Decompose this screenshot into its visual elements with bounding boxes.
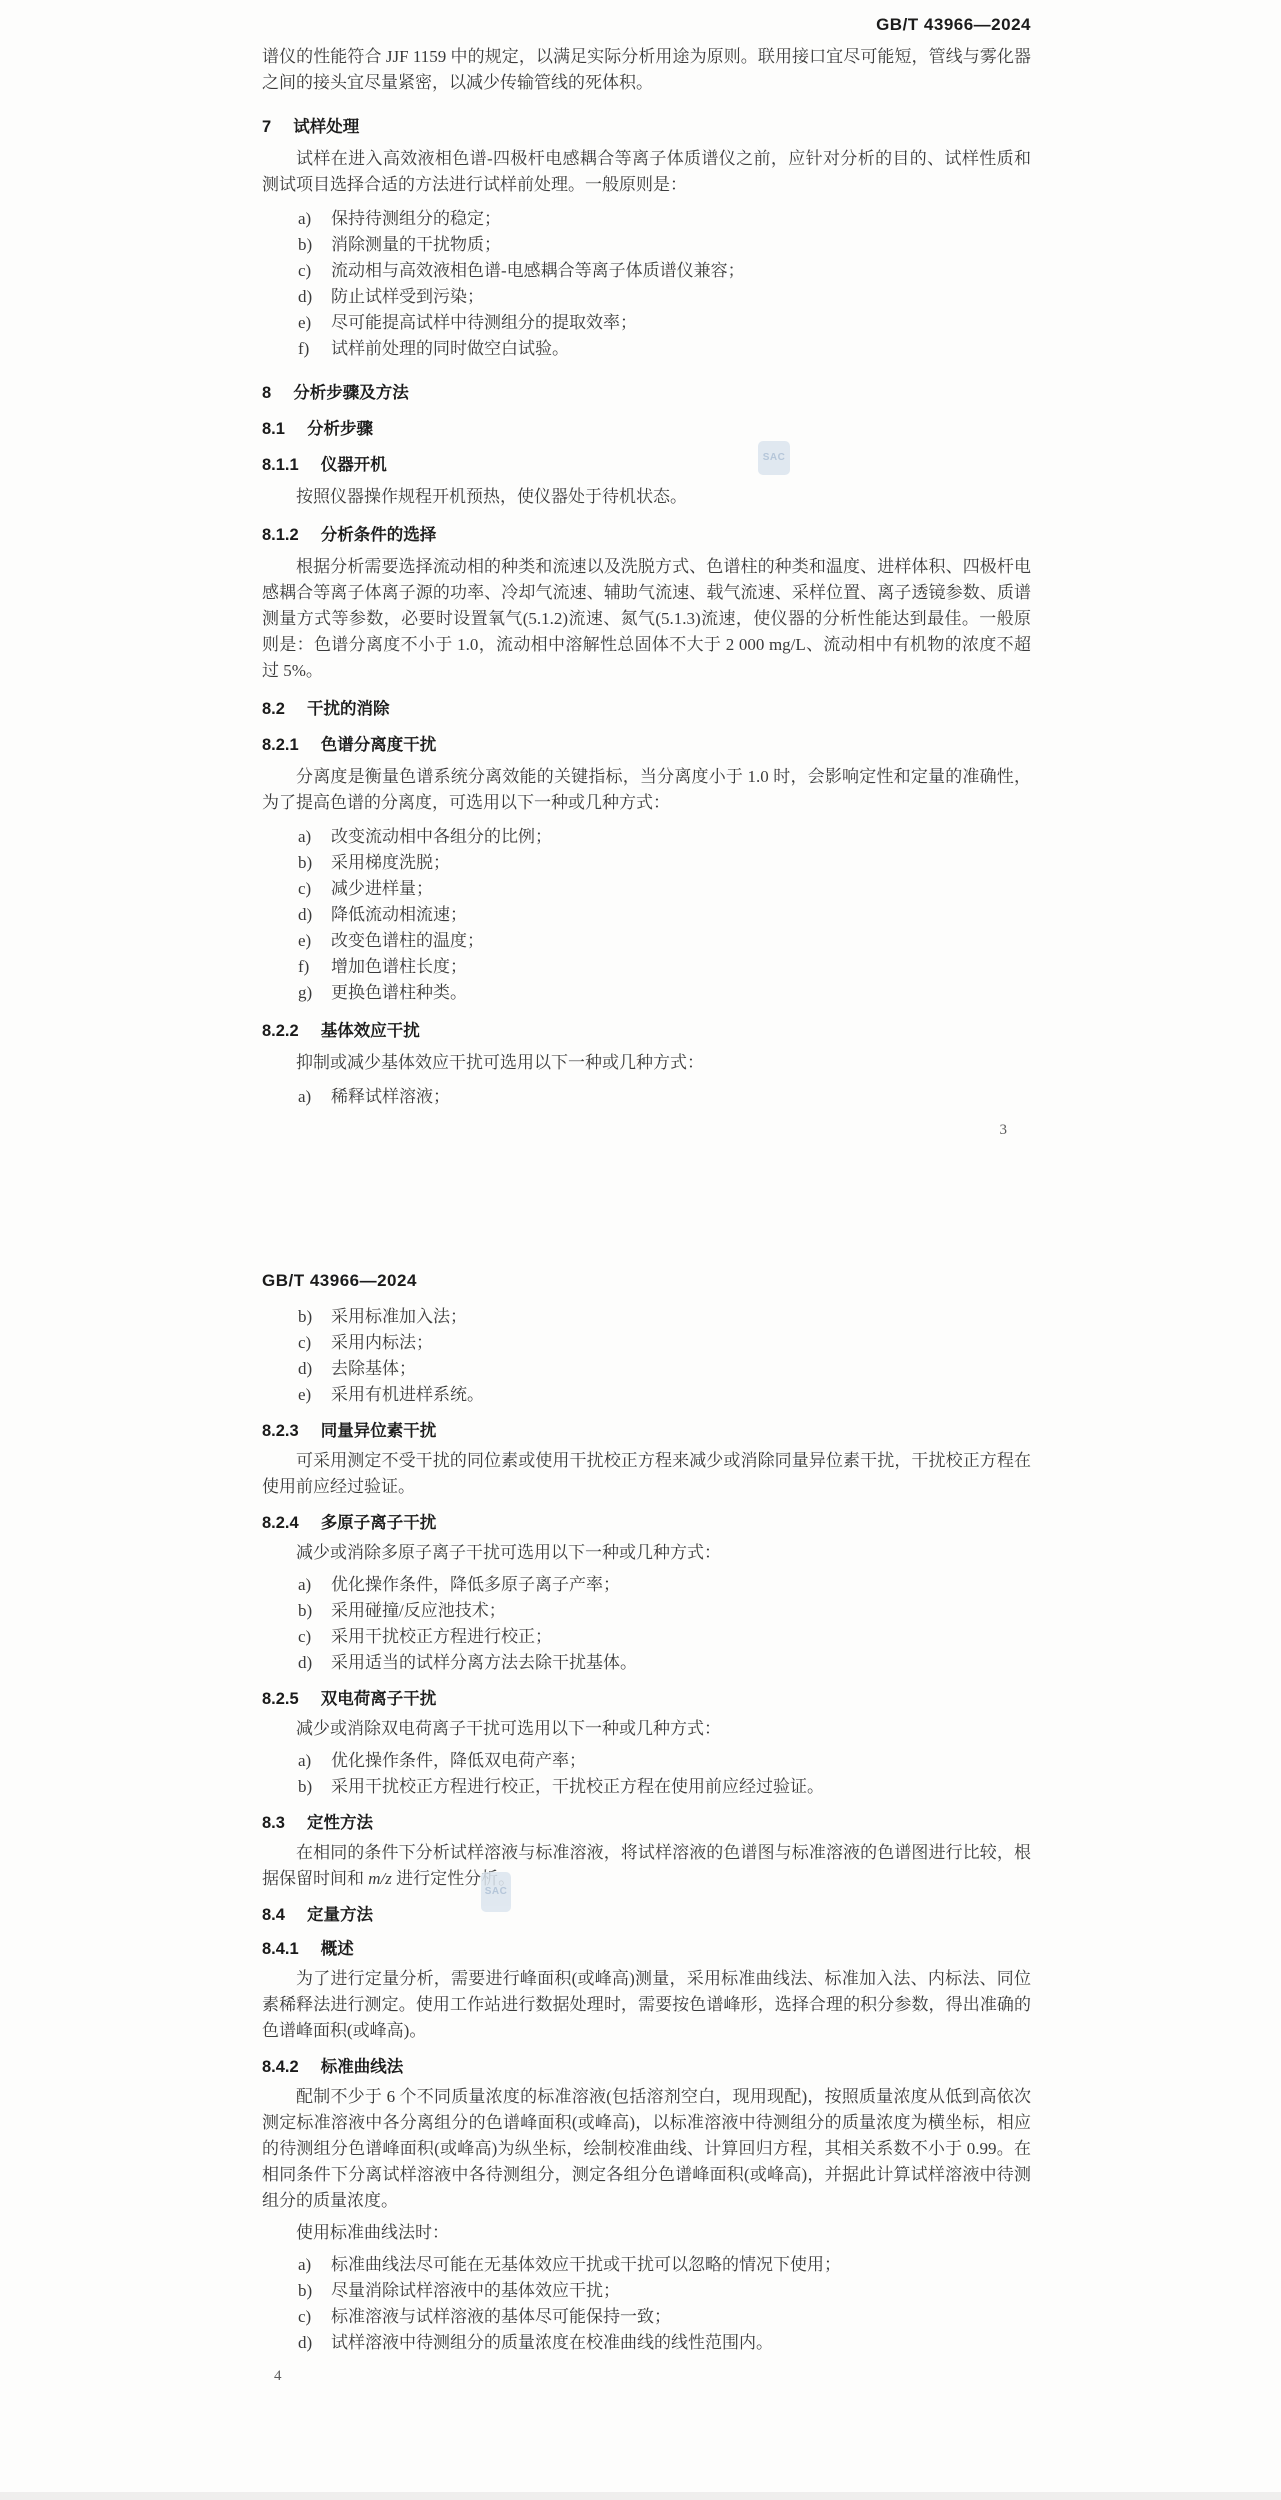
list-item-text: 采用干扰校正方程进行校正，干扰校正方程在使用前应经过验证。 — [331, 1774, 1031, 1800]
list-8-2-1: a)改变流动相中各组分的比例； b)采用梯度洗脱； c)减少进样量； d)降低流… — [262, 824, 1031, 1006]
list-8-2-2-continued: b)采用标准加入法； c)采用内标法； d)去除基体； e)采用有机进样系统。 — [262, 1304, 1031, 1408]
page-gap — [0, 1140, 1281, 1270]
list-item-text: 改变色谱柱的温度； — [331, 928, 1031, 954]
heading-8-4: 8.4定量方法 — [262, 1904, 1031, 1926]
list-8-2-5: a)优化操作条件，降低双电荷产率； b)采用干扰校正方程进行校正，干扰校正方程在… — [262, 1748, 1031, 1800]
list-item: d)试样溶液中待测组分的质量浓度在校准曲线的线性范围内。 — [262, 2330, 1031, 2356]
list-item-text: 去除基体； — [331, 1356, 1031, 1382]
heading-number: 7 — [262, 118, 271, 136]
heading-8-4-2: 8.4.2标准曲线法 — [262, 2056, 1031, 2078]
heading-8-4-1: 8.4.1概述 — [262, 1938, 1031, 1960]
list-item: f)增加色谱柱长度； — [262, 954, 1031, 980]
list-item-letter: a) — [298, 824, 331, 850]
heading-title: 同量异位素干扰 — [321, 1422, 437, 1440]
list-item-letter: d) — [298, 1650, 331, 1676]
list-item-text: 采用内标法； — [331, 1330, 1031, 1356]
list-item-text: 采用碰撞/反应池技术； — [331, 1598, 1031, 1624]
heading-number: 8.1 — [262, 420, 285, 438]
heading-8-2-4: 8.2.4多原子离子干扰 — [262, 1512, 1031, 1534]
list-item: b)采用梯度洗脱； — [262, 850, 1031, 876]
list-item-letter: c) — [298, 876, 331, 902]
list-item-text: 采用干扰校正方程进行校正； — [331, 1624, 1031, 1650]
list-item: b)尽量消除试样溶液中的基体效应干扰； — [262, 2278, 1031, 2304]
scanned-standard-document: GB/T 43966—2024 谱仪的性能符合 JJF 1159 中的规定，以满… — [0, 0, 1281, 2500]
list-item-text: 增加色谱柱长度； — [331, 954, 1031, 980]
paragraph-continuation: 谱仪的性能符合 JJF 1159 中的规定，以满足实际分析用途为原则。联用接口宜… — [262, 44, 1031, 96]
paragraph: 分离度是衡量色谱系统分离效能的关键指标，当分离度小于 1.0 时，会影响定性和定… — [262, 764, 1031, 816]
list-item: d)去除基体； — [262, 1356, 1031, 1382]
list-item-letter: a) — [298, 1572, 331, 1598]
list-item-letter: c) — [298, 2304, 331, 2330]
list-item: c)流动相与高效液相色谱-电感耦合等离子体质谱仪兼容； — [262, 258, 1031, 284]
list-item-text: 采用适当的试样分离方法去除干扰基体。 — [331, 1650, 1031, 1676]
page-header-standard-code: GB/T 43966—2024 — [262, 14, 1031, 36]
list-item-text: 减少进样量； — [331, 876, 1031, 902]
heading-number: 8.2.1 — [262, 736, 299, 754]
list-item: g)更换色谱柱种类。 — [262, 980, 1031, 1006]
list-item-letter: c) — [298, 1330, 331, 1356]
list-8-2-4: a)优化操作条件，降低多原子离子产率； b)采用碰撞/反应池技术； c)采用干扰… — [262, 1572, 1031, 1676]
list-item-text: 尽可能提高试样中待测组分的提取效率； — [331, 310, 1031, 336]
paragraph: 抑制或减少基体效应干扰可选用以下一种或几种方式： — [262, 1050, 1031, 1076]
list-item-text: 试样溶液中待测组分的质量浓度在校准曲线的线性范围内。 — [331, 2330, 1031, 2356]
heading-number: 8.1.1 — [262, 456, 299, 474]
list-item: d)采用适当的试样分离方法去除干扰基体。 — [262, 1650, 1031, 1676]
list-item-text: 优化操作条件，降低多原子离子产率； — [331, 1572, 1031, 1598]
list-item-letter: d) — [298, 1356, 331, 1382]
list-item-text: 优化操作条件，降低双电荷产率； — [331, 1748, 1031, 1774]
heading-number: 8.2.5 — [262, 1690, 299, 1708]
page-header-standard-code: GB/T 43966—2024 — [262, 1270, 1031, 1292]
list-item-letter: b) — [298, 2278, 331, 2304]
page-3: GB/T 43966—2024 谱仪的性能符合 JJF 1159 中的规定，以满… — [0, 0, 1281, 1140]
list-item-letter: a) — [298, 1084, 331, 1110]
list-item: b)采用标准加入法； — [262, 1304, 1031, 1330]
heading-title: 多原子离子干扰 — [321, 1514, 437, 1532]
list-item: a)标准曲线法尽可能在无基体效应干扰或干扰可以忽略的情况下使用； — [262, 2252, 1031, 2278]
list-item-letter: c) — [298, 1624, 331, 1650]
list-item: a)保持待测组分的稳定； — [262, 206, 1031, 232]
mz-term: m/z — [368, 1869, 392, 1888]
heading-number: 8.2.4 — [262, 1514, 299, 1532]
list-item: d)降低流动相流速； — [262, 902, 1031, 928]
heading-number: 8.4.1 — [262, 1940, 299, 1958]
heading-title: 分析条件的选择 — [321, 526, 437, 544]
heading-title: 概述 — [321, 1940, 354, 1958]
heading-8-2-2: 8.2.2基体效应干扰 — [262, 1020, 1031, 1042]
paragraph: 按照仪器操作规程开机预热，使仪器处于待机状态。 — [262, 484, 1031, 510]
list-item-text: 稀释试样溶液； — [331, 1084, 1031, 1110]
heading-number: 8.2.2 — [262, 1022, 299, 1040]
heading-8-3: 8.3定性方法 — [262, 1812, 1031, 1834]
heading-number: 8.1.2 — [262, 526, 299, 544]
list-item-letter: a) — [298, 206, 331, 232]
list-item: e)采用有机进样系统。 — [262, 1382, 1031, 1408]
heading-title: 基体效应干扰 — [321, 1022, 420, 1040]
list-item-text: 改变流动相中各组分的比例； — [331, 824, 1031, 850]
heading-7: 7试样处理 — [262, 116, 1031, 138]
list-item-letter: c) — [298, 258, 331, 284]
list-item: e)改变色谱柱的温度； — [262, 928, 1031, 954]
list-item-letter: b) — [298, 1304, 331, 1330]
list-item-text: 保持待测组分的稳定； — [331, 206, 1031, 232]
list-item-letter: e) — [298, 310, 331, 336]
list-item-letter: b) — [298, 1598, 331, 1624]
heading-8-1-2: 8.1.2分析条件的选择 — [262, 524, 1031, 546]
list-item: c)采用干扰校正方程进行校正； — [262, 1624, 1031, 1650]
list-item: a)优化操作条件，降低多原子离子产率； — [262, 1572, 1031, 1598]
list-item-text: 降低流动相流速； — [331, 902, 1031, 928]
list-item-letter: f) — [298, 954, 331, 980]
paragraph: 试样在进入高效液相色谱-四极杆电感耦合等离子体质谱仪之前，应针对分析的目的、试样… — [262, 146, 1031, 198]
list-item: c)减少进样量； — [262, 876, 1031, 902]
page-number: 4 — [262, 2366, 1031, 2386]
list-item: b)采用干扰校正方程进行校正，干扰校正方程在使用前应经过验证。 — [262, 1774, 1031, 1800]
sac-logo-watermark: SAC — [758, 441, 790, 475]
heading-title: 分析步骤 — [307, 420, 373, 438]
list-item-letter: a) — [298, 1748, 331, 1774]
sac-logo-watermark: SAC — [481, 1872, 511, 1912]
list-8-4-2: a)标准曲线法尽可能在无基体效应干扰或干扰可以忽略的情况下使用； b)尽量消除试… — [262, 2252, 1031, 2356]
heading-8-2-5: 8.2.5双电荷离子干扰 — [262, 1688, 1031, 1710]
heading-title: 定量方法 — [307, 1906, 373, 1924]
list-item-letter: f) — [298, 336, 331, 362]
heading-number: 8.4.2 — [262, 2058, 299, 2076]
heading-title: 分析步骤及方法 — [293, 384, 409, 402]
heading-8-2: 8.2干扰的消除 — [262, 698, 1031, 720]
heading-number: 8.4 — [262, 1906, 285, 1924]
list-item: c)采用内标法； — [262, 1330, 1031, 1356]
list-item-text: 采用标准加入法； — [331, 1304, 1031, 1330]
heading-title: 双电荷离子干扰 — [321, 1690, 437, 1708]
list-8-2-2: a)稀释试样溶液； — [262, 1084, 1031, 1110]
heading-title: 干扰的消除 — [307, 700, 390, 718]
heading-number: 8.3 — [262, 1814, 285, 1832]
list-item: f)试样前处理的同时做空白试验。 — [262, 336, 1031, 362]
paragraph: 可采用测定不受干扰的同位素或使用干扰校正方程来减少或消除同量异位素干扰，干扰校正… — [262, 1448, 1031, 1500]
list-item-text: 流动相与高效液相色谱-电感耦合等离子体质谱仪兼容； — [331, 258, 1031, 284]
list-item-letter: a) — [298, 2252, 331, 2278]
heading-number: 8 — [262, 384, 271, 402]
heading-title: 标准曲线法 — [321, 2058, 404, 2076]
list-item-letter: d) — [298, 2330, 331, 2356]
list-item-letter: d) — [298, 284, 331, 310]
list-item: a)改变流动相中各组分的比例； — [262, 824, 1031, 850]
heading-8-2-1: 8.2.1色谱分离度干扰 — [262, 734, 1031, 756]
list-item-text: 试样前处理的同时做空白试验。 — [331, 336, 1031, 362]
list-item: d)防止试样受到污染； — [262, 284, 1031, 310]
paragraph: 配制不少于 6 个不同质量浓度的标准溶液(包括溶剂空白，现用现配)，按照质量浓度… — [262, 2084, 1031, 2214]
list-item: e)尽可能提高试样中待测组分的提取效率； — [262, 310, 1031, 336]
list-item-text: 采用有机进样系统。 — [331, 1382, 1031, 1408]
list-item-text: 更换色谱柱种类。 — [331, 980, 1031, 1006]
heading-8: 8分析步骤及方法 — [262, 382, 1031, 404]
heading-number: 8.2.3 — [262, 1422, 299, 1440]
list-item-letter: e) — [298, 928, 331, 954]
page-4: GB/T 43966—2024 b)采用标准加入法； c)采用内标法； d)去除… — [0, 1270, 1281, 2386]
paragraph-with-mz: 在相同的条件下分析试样溶液与标准溶液，将试样溶液的色谱图与标准溶液的色谱图进行比… — [262, 1840, 1031, 1892]
list-item: c)标准溶液与试样溶液的基体尽可能保持一致； — [262, 2304, 1031, 2330]
list-item-letter: b) — [298, 850, 331, 876]
heading-title: 仪器开机 — [321, 456, 387, 474]
heading-number: 8.2 — [262, 700, 285, 718]
list-item-letter: b) — [298, 232, 331, 258]
list-item: b)采用碰撞/反应池技术； — [262, 1598, 1031, 1624]
list-item-text: 标准溶液与试样溶液的基体尽可能保持一致； — [331, 2304, 1031, 2330]
paragraph: 使用标准曲线法时： — [262, 2220, 1031, 2246]
list-item-letter: g) — [298, 980, 331, 1006]
list-item-text: 消除测量的干扰物质； — [331, 232, 1031, 258]
paragraph: 减少或消除多原子离子干扰可选用以下一种或几种方式： — [262, 1540, 1031, 1566]
paragraph: 减少或消除双电荷离子干扰可选用以下一种或几种方式： — [262, 1716, 1031, 1742]
heading-title: 试样处理 — [293, 118, 359, 136]
paragraph: 根据分析需要选择流动相的种类和流速以及洗脱方式、色谱柱的种类和温度、进样体积、四… — [262, 554, 1031, 684]
list-item-text: 采用梯度洗脱； — [331, 850, 1031, 876]
page-number: 3 — [262, 1120, 1031, 1140]
heading-8-1-1: 8.1.1仪器开机 — [262, 454, 1031, 476]
list-item-text: 标准曲线法尽可能在无基体效应干扰或干扰可以忽略的情况下使用； — [331, 2252, 1031, 2278]
list-7: a)保持待测组分的稳定； b)消除测量的干扰物质； c)流动相与高效液相色谱-电… — [262, 206, 1031, 362]
paragraph: 为了进行定量分析，需要进行峰面积(或峰高)测量，采用标准曲线法、标准加入法、内标… — [262, 1966, 1031, 2044]
list-item: a)稀释试样溶液； — [262, 1084, 1031, 1110]
scan-edge-strip — [0, 2492, 1281, 2500]
heading-8-1: 8.1分析步骤 — [262, 418, 1031, 440]
heading-title: 定性方法 — [307, 1814, 373, 1832]
list-item-text: 防止试样受到污染； — [331, 284, 1031, 310]
heading-title: 色谱分离度干扰 — [321, 736, 437, 754]
heading-8-2-3: 8.2.3同量异位素干扰 — [262, 1420, 1031, 1442]
list-item-letter: b) — [298, 1774, 331, 1800]
list-item-text: 尽量消除试样溶液中的基体效应干扰； — [331, 2278, 1031, 2304]
list-item: a)优化操作条件，降低双电荷产率； — [262, 1748, 1031, 1774]
list-item-letter: e) — [298, 1382, 331, 1408]
list-item: b)消除测量的干扰物质； — [262, 232, 1031, 258]
list-item-letter: d) — [298, 902, 331, 928]
